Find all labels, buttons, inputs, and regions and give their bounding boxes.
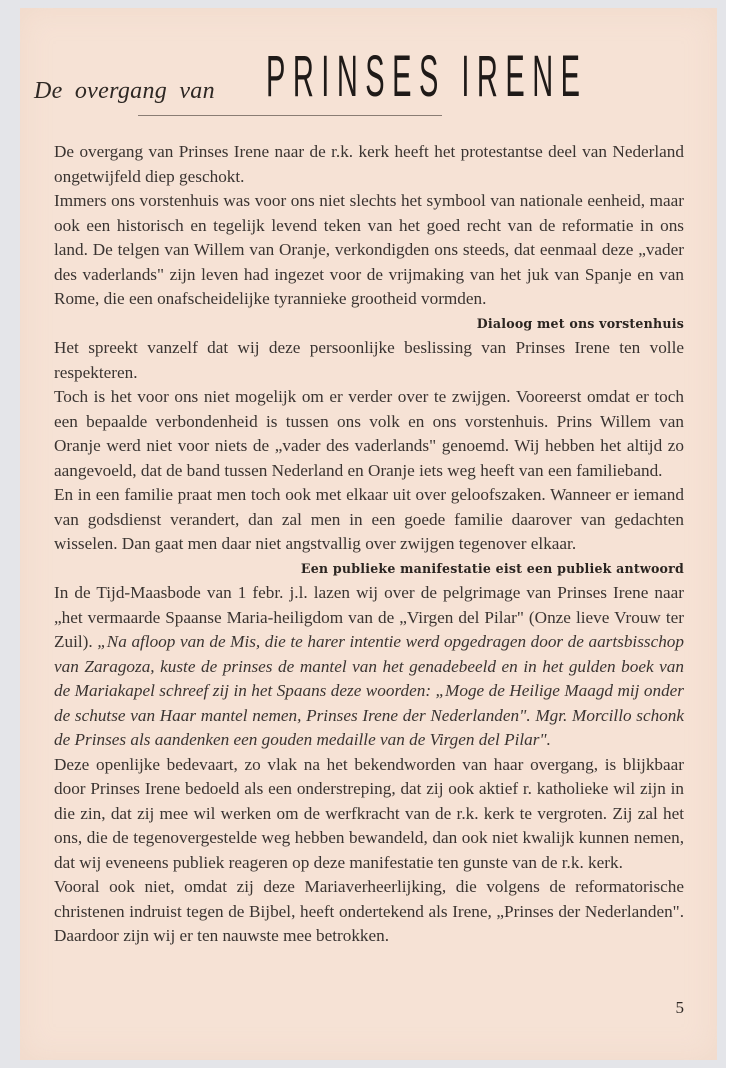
paragraph: Het spreekt vanzelf dat wij deze persoon… <box>54 336 684 385</box>
paragraph-with-quote: In de Tijd-Maasbode van 1 febr. j.l. laz… <box>54 581 684 753</box>
page-title: PRINSES IRENE <box>266 45 588 109</box>
paragraph: De overgang van Prinses Irene naar de r.… <box>54 140 684 189</box>
paragraph: En in een familie praat men toch ook met… <box>54 483 684 557</box>
paragraph: Deze openlijke bedevaart, zo vlak na het… <box>54 753 684 876</box>
article-body: De overgang van Prinses Irene naar de r.… <box>54 140 684 949</box>
section-heading-manifestatie: Een publieke manifestatie eist een publi… <box>54 557 684 582</box>
italic-quote: „Na afloop van de Mis, die te harer inte… <box>54 632 684 749</box>
paragraph: Immers ons vorstenhuis was voor ons niet… <box>54 189 684 312</box>
section-publieke-manifestatie: Een publieke manifestatie eist een publi… <box>54 557 684 949</box>
paragraph: Toch is het voor ons niet mogelijk om er… <box>54 385 684 483</box>
title-prefix: De overgang van <box>34 78 215 105</box>
article-header: De overgang van PRINSES IRENE <box>20 8 717 118</box>
page-number: 5 <box>640 998 684 1018</box>
section-dialoog: Dialoog met ons vorstenhuis Het spreekt … <box>54 312 684 557</box>
paragraph: Vooral ook niet, omdat zij deze Mariaver… <box>54 875 684 949</box>
magazine-page: De overgang van PRINSES IRENE De overgan… <box>20 8 717 1060</box>
section-intro: De overgang van Prinses Irene naar de r.… <box>54 140 684 312</box>
section-heading-dialoog: Dialoog met ons vorstenhuis <box>54 312 684 337</box>
title-underline-divider <box>138 115 442 116</box>
